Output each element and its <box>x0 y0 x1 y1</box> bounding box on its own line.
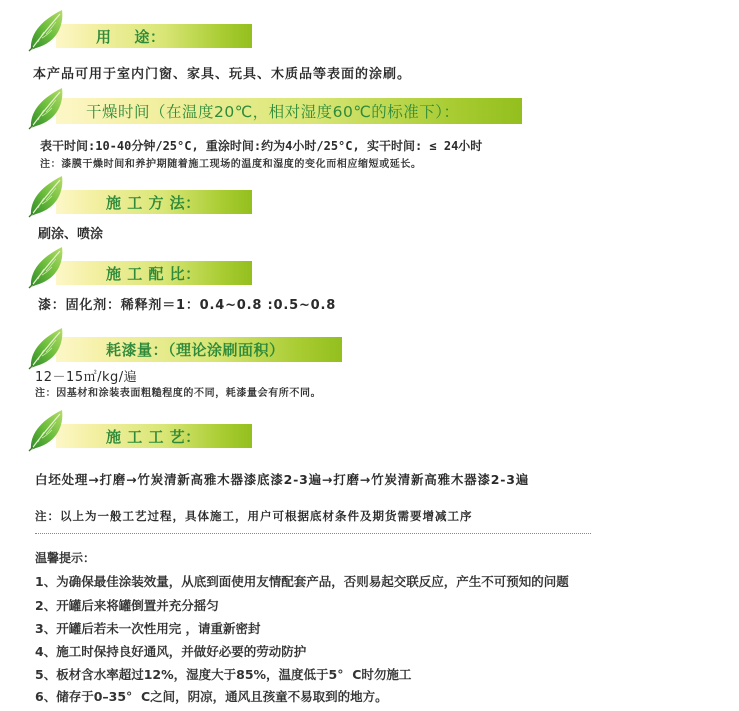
drying-time-values: 表干时间:10-40分钟/25°C, 重涂时间:约为4小时/25°C, 实干时间… <box>40 137 482 154</box>
section-title: 施 工 工 艺： <box>106 426 201 447</box>
process-note: 注：以上为一般工艺过程，具体施工，用户可根据底材条件及期货需要增减工序 <box>35 508 473 524</box>
section-title: 施 工 配 比： <box>106 263 201 284</box>
banner: 用 途： <box>56 24 252 48</box>
tip-item: 1、为确保最佳涂装效量，从底到面使用友情配套产品，否则易起交联反应，产生不可预知… <box>35 572 569 590</box>
leaf-icon <box>28 86 66 130</box>
section-title: 用 途： <box>96 26 165 47</box>
leaf-icon <box>28 326 66 370</box>
leaf-icon <box>28 245 66 289</box>
banner: 干燥时间（在温度20℃，相对湿度60℃的标准下）： <box>56 98 522 124</box>
leaf-icon <box>28 8 66 52</box>
section-body-application-method: 刷涂、喷涂 <box>38 223 103 242</box>
divider <box>35 533 591 534</box>
banner: 施 工 方 法： <box>56 190 252 214</box>
tip-item: 4、施工时保持良好通风，并做好必要的劳动防护 <box>35 642 306 660</box>
process-steps: 白坯处理→打磨→竹炭清新高雅木器漆底漆2-3遍→打磨→竹炭清新高雅木器漆2-3遍 <box>35 470 529 488</box>
coverage-note: 注：因基材和涂装表面粗糙程度的不同，耗漆量会有所不同。 <box>35 384 321 399</box>
leaf-icon <box>28 174 66 218</box>
banner: 耗漆量：（理论涂刷面积） <box>56 337 342 362</box>
section-title: 施 工 方 法： <box>106 192 201 213</box>
section-body-usage: 本产品可用于室内门窗、家具、玩具、木质品等表面的涂刷。 <box>33 63 411 82</box>
leaf-icon <box>28 408 66 452</box>
tips-heading: 温馨提示： <box>35 549 95 566</box>
tip-item: 3、开罐后若未一次性用完 ，请重新密封 <box>35 619 261 637</box>
tip-item: 6、储存于0–35° C之间，阴凉，通风且孩童不易取到的地方。 <box>35 687 388 705</box>
drying-time-note: 注：漆膜干燥时间和养护期随着施工现场的温度和湿度的变化而相应缩短或延长。 <box>40 155 422 170</box>
banner: 施 工 配 比： <box>56 261 252 285</box>
banner: 施 工 工 艺： <box>56 424 252 448</box>
tip-item: 2、开罐后来将罐倒置并充分摇匀 <box>35 596 219 614</box>
section-title: 耗漆量：（理论涂刷面积） <box>106 339 285 360</box>
tip-item: 5、板材含水率超过12%，湿度大于85%，温度低于5° C时勿施工 <box>35 665 411 683</box>
section-title: 干燥时间（在温度20℃，相对湿度60℃的标准下）： <box>86 100 460 122</box>
section-body-mixing-ratio: 漆：固化剂：稀释剂＝1：0.4~0.8 :0.5~0.8 <box>38 294 336 313</box>
